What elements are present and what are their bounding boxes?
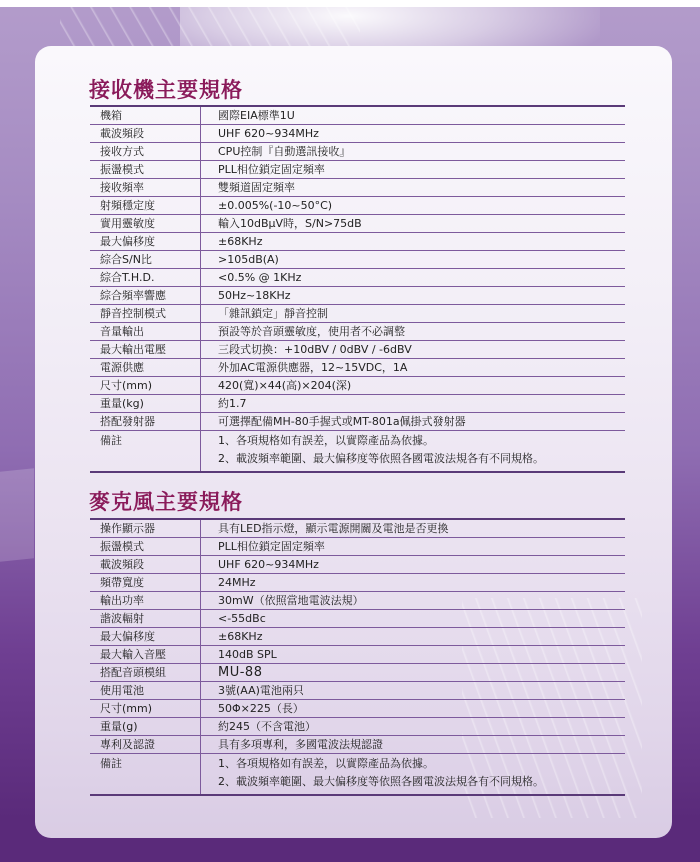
table-row: 最大偏移度±68KHz [90, 233, 625, 251]
microphone-spec-table: 操作顯示器具有LED指示燈，顯示電源開關及電池是否更換 振盪模式PLL相位鎖定固… [90, 518, 625, 796]
table-row: 重量(kg)約1.7 [90, 395, 625, 413]
spec-label: 尺寸(mm) [90, 377, 201, 395]
spec-value: 「雜訊鎖定」靜音控制 [201, 305, 626, 323]
spec-label: 最大輸出電壓 [90, 341, 201, 359]
spec-label: 操作顯示器 [90, 519, 201, 538]
spec-value: 雙頻道固定頻率 [201, 179, 626, 197]
table-row: 最大輸入音壓140dB SPL [90, 646, 625, 664]
table-row: 專利及認證具有多項專利，多國電波法規認證 [90, 736, 625, 754]
spec-label: 振盪模式 [90, 538, 201, 556]
spec-value: 預設等於音頭靈敏度，使用者不必調整 [201, 323, 626, 341]
table-row: 尺寸(mm)50Φ×225（長） [90, 700, 625, 718]
spec-label: 輸出功率 [90, 592, 201, 610]
spec-label: 諧波輻射 [90, 610, 201, 628]
note-line: 2、載波頻率範圍、最大偏移度等依照各國電波法規各有不同規格。 [218, 450, 625, 468]
spec-label: 搭配音頭模組 [90, 664, 201, 682]
receiver-spec-title: 接收機主要規格 [89, 74, 243, 104]
table-row: 接收方式CPU控制『自動選訊接收』 [90, 143, 625, 161]
spec-label: 射頻穩定度 [90, 197, 201, 215]
notes-row: 備註 1、各項規格如有誤差，以實際產品為依據。 2、載波頻率範圍、最大偏移度等依… [90, 431, 625, 473]
spec-label: 綜合S/N比 [90, 251, 201, 269]
table-row: 最大輸出電壓三段式切換：+10dBV / 0dBV / -6dBV [90, 341, 625, 359]
note-line: 1、各項規格如有誤差，以實際產品為依據。 [218, 755, 625, 773]
spec-value: 約245（不含電池） [201, 718, 626, 736]
table-row: 操作顯示器具有LED指示燈，顯示電源開關及電池是否更換 [90, 519, 625, 538]
spec-label: 最大偏移度 [90, 628, 201, 646]
table-row: 靜音控制模式「雜訊鎖定」靜音控制 [90, 305, 625, 323]
spec-label: 振盪模式 [90, 161, 201, 179]
spec-label: 載波頻段 [90, 125, 201, 143]
spec-label: 專利及認證 [90, 736, 201, 754]
spec-label: 靜音控制模式 [90, 305, 201, 323]
spec-label: 電源供應 [90, 359, 201, 377]
spec-label: 重量(g) [90, 718, 201, 736]
background-panel [0, 468, 34, 562]
table-row: 實用靈敏度輸入10dBμV時，S/N>75dB [90, 215, 625, 233]
table-row: 最大偏移度±68KHz [90, 628, 625, 646]
spec-label: 尺寸(mm) [90, 700, 201, 718]
table-row: 綜合S/N比>105dB(A) [90, 251, 625, 269]
spec-value: 可選擇配備MH-80手握式或MT-801a佩掛式發射器 [201, 413, 626, 431]
spec-value: UHF 620~934MHz [201, 125, 626, 143]
spec-label: 使用電池 [90, 682, 201, 700]
table-row: 輸出功率30mW（依照當地電波法規） [90, 592, 625, 610]
spec-value: <0.5% @ 1KHz [201, 269, 626, 287]
notes-row: 備註 1、各項規格如有誤差，以實際產品為依據。 2、載波頻率範圍、最大偏移度等依… [90, 754, 625, 796]
spec-value: 420(寬)×44(高)×204(深) [201, 377, 626, 395]
table-row: 綜合T.H.D.<0.5% @ 1KHz [90, 269, 625, 287]
spec-value: 三段式切換：+10dBV / 0dBV / -6dBV [201, 341, 626, 359]
spec-label: 音量輸出 [90, 323, 201, 341]
spec-label: 搭配發射器 [90, 413, 201, 431]
spec-label: 接收頻率 [90, 179, 201, 197]
spec-value: 24MHz [201, 574, 626, 592]
table-row: 搭配發射器可選擇配備MH-80手握式或MT-801a佩掛式發射器 [90, 413, 625, 431]
table-row: 振盪模式PLL相位鎖定固定頻率 [90, 538, 625, 556]
spec-value: ±68KHz [201, 628, 626, 646]
spec-label: 實用靈敏度 [90, 215, 201, 233]
spec-label: 綜合T.H.D. [90, 269, 201, 287]
spec-label: 最大輸入音壓 [90, 646, 201, 664]
spec-value: 具有多項專利，多國電波法規認證 [201, 736, 626, 754]
notes-value: 1、各項規格如有誤差，以實際產品為依據。 2、載波頻率範圍、最大偏移度等依照各國… [201, 431, 626, 473]
microphone-spec-title: 麥克風主要規格 [89, 486, 243, 516]
table-row: 使用電池3號(AA)電池兩只 [90, 682, 625, 700]
notes-label: 備註 [90, 431, 201, 473]
table-row: 載波頻段UHF 620~934MHz [90, 556, 625, 574]
receiver-spec-table: 機箱國際EIA標準1U 載波頻段UHF 620~934MHz 接收方式CPU控制… [90, 105, 625, 473]
table-row: 射頻穩定度±0.005%(-10~50°C) [90, 197, 625, 215]
spec-value: >105dB(A) [201, 251, 626, 269]
spec-value: PLL相位鎖定固定頻率 [201, 538, 626, 556]
table-row: 接收頻率雙頻道固定頻率 [90, 179, 625, 197]
spec-label: 重量(kg) [90, 395, 201, 413]
spec-value: 50Hz~18KHz [201, 287, 626, 305]
spec-value: 140dB SPL [201, 646, 626, 664]
spec-label: 頻帶寬度 [90, 574, 201, 592]
table-row: 綜合頻率響應50Hz~18KHz [90, 287, 625, 305]
spec-label: 載波頻段 [90, 556, 201, 574]
spec-value: 外加AC電源供應器，12~15VDC，1A [201, 359, 626, 377]
table-row: 載波頻段UHF 620~934MHz [90, 125, 625, 143]
spec-value: ±0.005%(-10~50°C) [201, 197, 626, 215]
spec-value: 3號(AA)電池兩只 [201, 682, 626, 700]
spec-value: PLL相位鎖定固定頻率 [201, 161, 626, 179]
spec-value: 約1.7 [201, 395, 626, 413]
spec-card: 接收機主要規格 機箱國際EIA標準1U 載波頻段UHF 620~934MHz 接… [35, 46, 672, 838]
spec-value: CPU控制『自動選訊接收』 [201, 143, 626, 161]
notes-value: 1、各項規格如有誤差，以實際產品為依據。 2、載波頻率範圍、最大偏移度等依照各國… [201, 754, 626, 796]
table-row: 振盪模式PLL相位鎖定固定頻率 [90, 161, 625, 179]
spec-value: 50Φ×225（長） [201, 700, 626, 718]
spec-value: <-55dBc [201, 610, 626, 628]
spec-label: 綜合頻率響應 [90, 287, 201, 305]
table-row: 重量(g)約245（不含電池） [90, 718, 625, 736]
spec-value: 具有LED指示燈，顯示電源開關及電池是否更換 [201, 519, 626, 538]
note-line: 2、載波頻率範圍、最大偏移度等依照各國電波法規各有不同規格。 [218, 773, 625, 791]
note-line: 1、各項規格如有誤差，以實際產品為依據。 [218, 432, 625, 450]
spec-value: 30mW（依照當地電波法規） [201, 592, 626, 610]
table-row: 機箱國際EIA標準1U [90, 106, 625, 125]
notes-label: 備註 [90, 754, 201, 796]
table-row: 搭配音頭模組MU-88 [90, 664, 625, 682]
spec-label: 機箱 [90, 106, 201, 125]
table-row: 音量輸出預設等於音頭靈敏度，使用者不必調整 [90, 323, 625, 341]
spec-value: MU-88 [201, 664, 626, 682]
table-row: 尺寸(mm)420(寬)×44(高)×204(深) [90, 377, 625, 395]
spec-value: ±68KHz [201, 233, 626, 251]
table-row: 諧波輻射<-55dBc [90, 610, 625, 628]
table-row: 頻帶寬度24MHz [90, 574, 625, 592]
spec-value: UHF 620~934MHz [201, 556, 626, 574]
spec-value: 國際EIA標準1U [201, 106, 626, 125]
spec-label: 最大偏移度 [90, 233, 201, 251]
spec-value: 輸入10dBμV時，S/N>75dB [201, 215, 626, 233]
spec-label: 接收方式 [90, 143, 201, 161]
table-row: 電源供應外加AC電源供應器，12~15VDC，1A [90, 359, 625, 377]
